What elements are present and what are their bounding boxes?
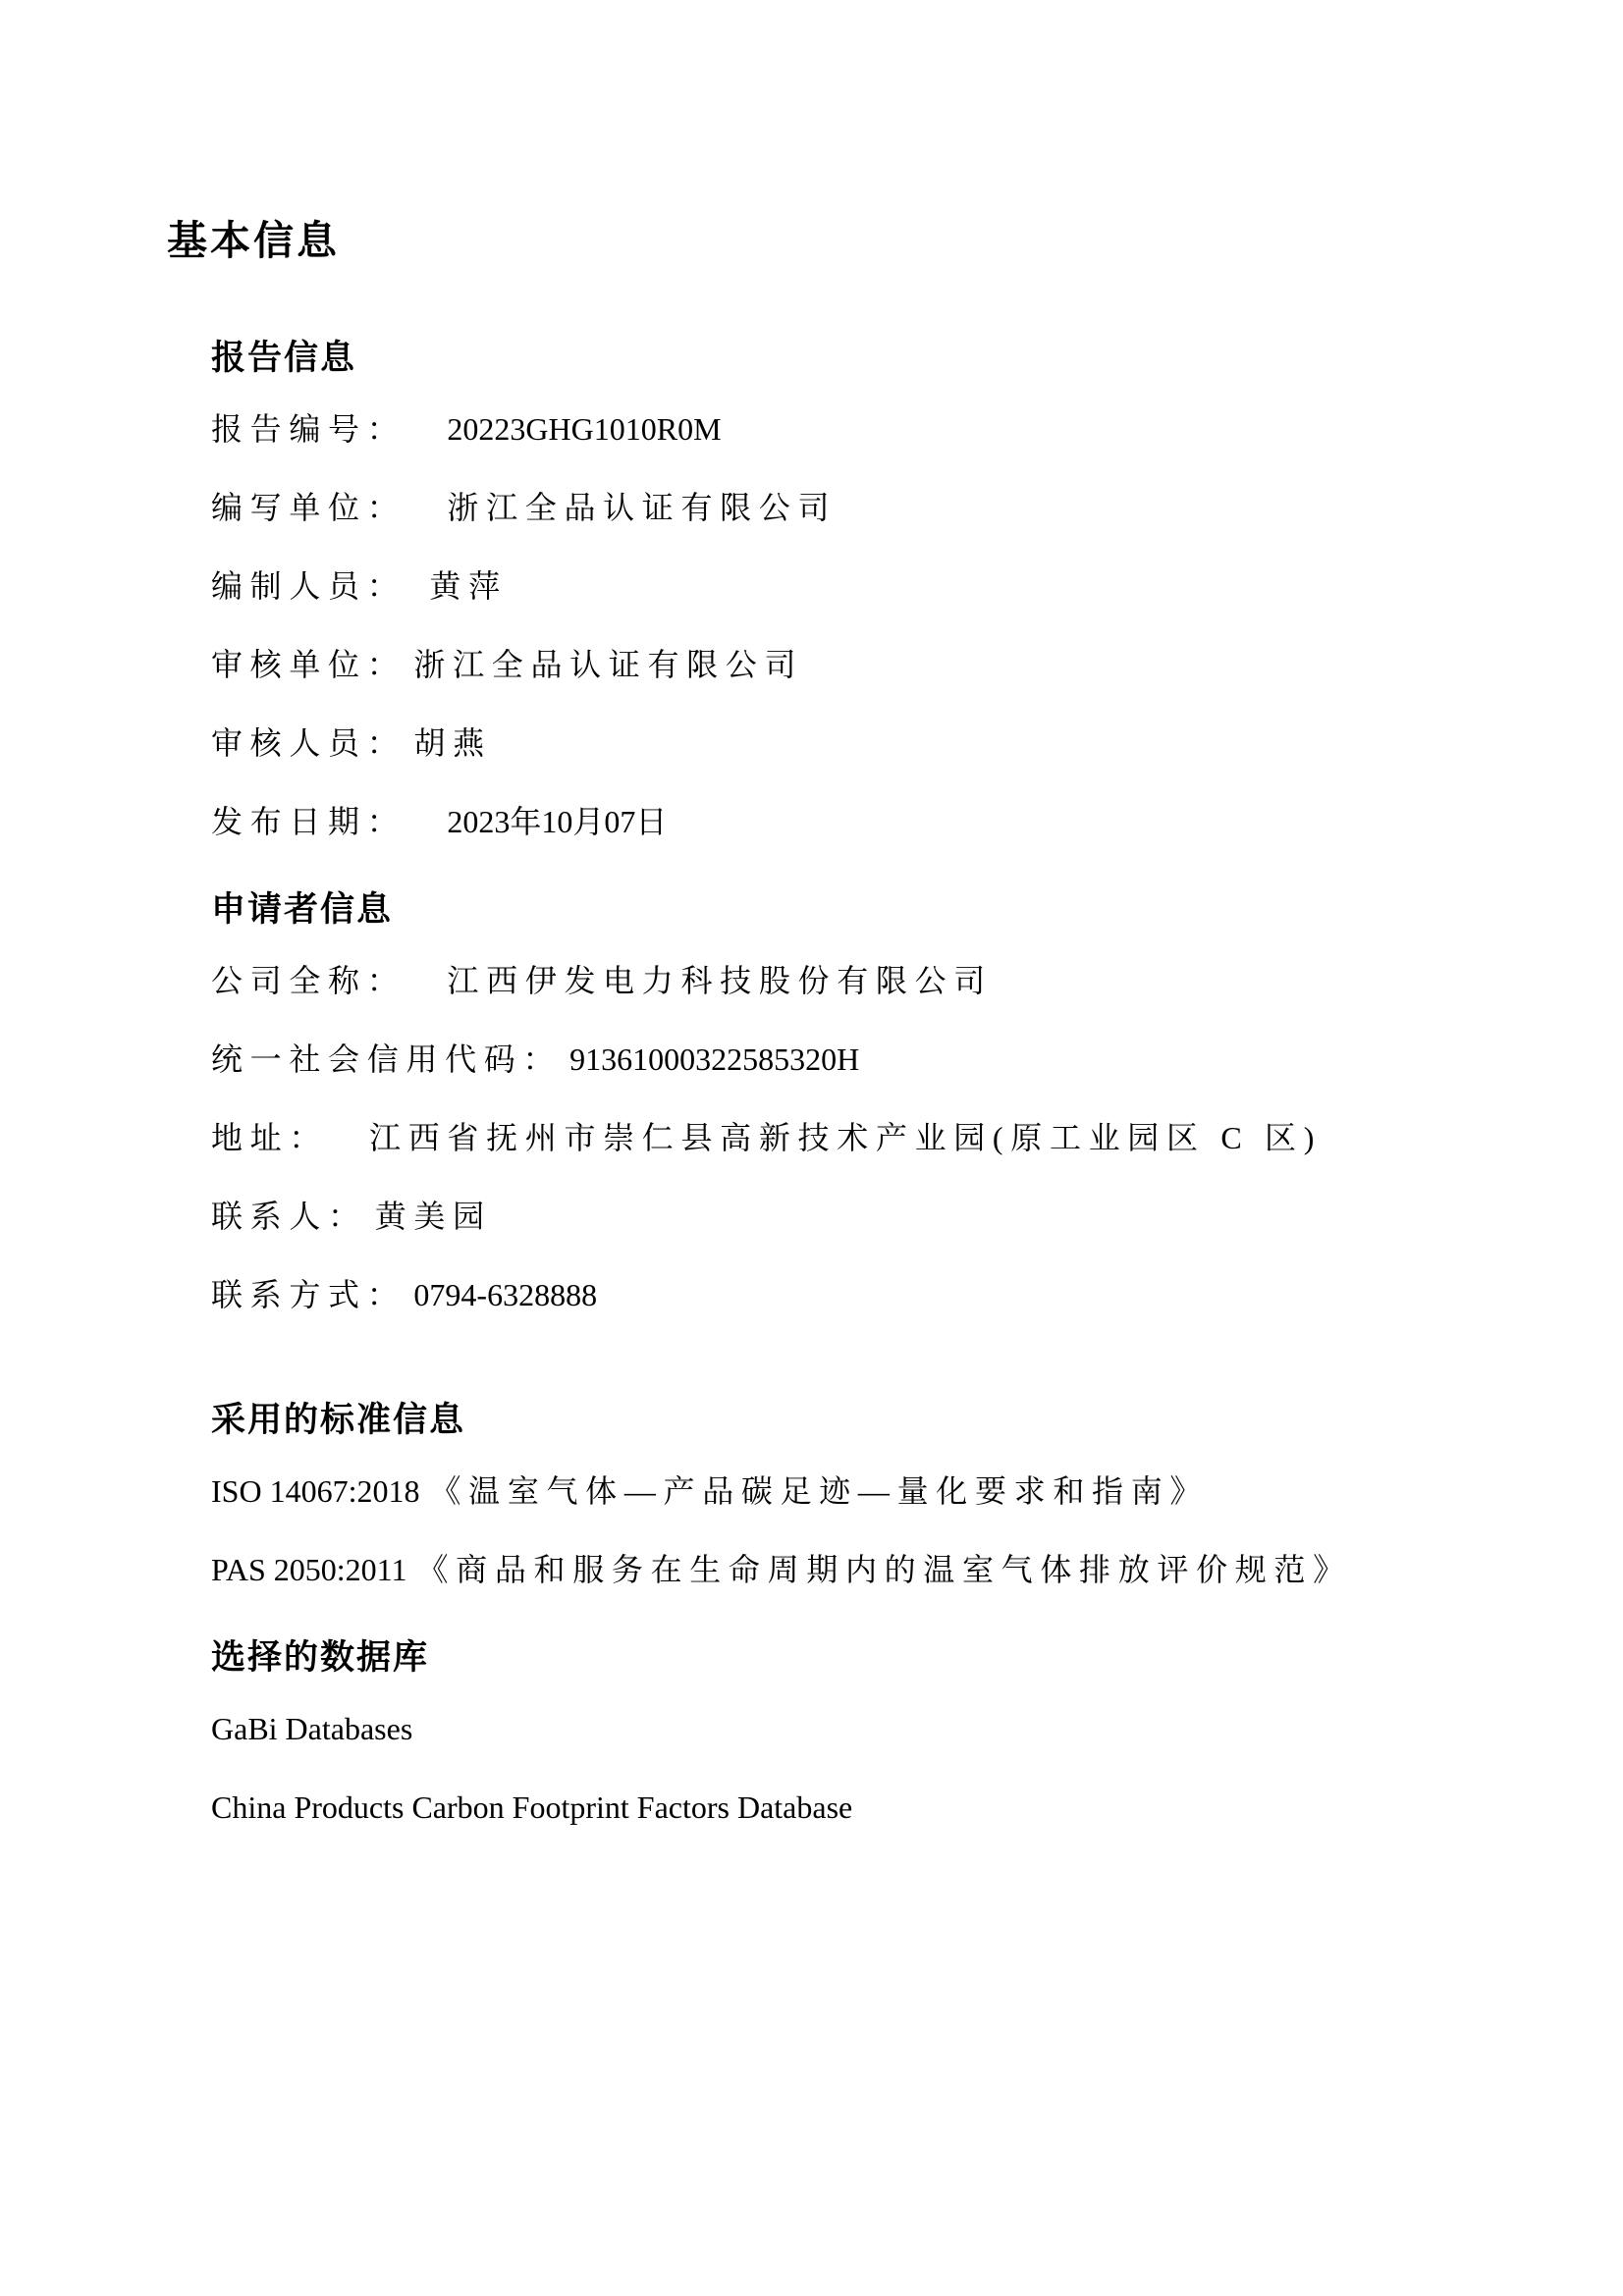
field-value: 浙江全品认证有限公司 xyxy=(447,490,837,525)
section-database-info: 选择的数据库 GaBi Databases China Products Car… xyxy=(211,1630,1505,1827)
field-label: 公司全称： xyxy=(211,963,406,998)
field-label: 报告编号： xyxy=(211,411,406,447)
field-row-contact-phone: 联系方式：0794-6328888 xyxy=(211,1275,1505,1314)
field-value: 胡燕 xyxy=(413,725,491,761)
section-applicant-info: 申请者信息 公司全称：江西伊发电力科技股份有限公司 统一社会信用代码：91361… xyxy=(211,882,1505,1314)
field-label: 联系人： xyxy=(211,1199,367,1234)
field-row-address: 地址：江西省抚州市崇仁县高新技术产业园(原工业园区 C 区) xyxy=(211,1118,1505,1157)
field-row-publish-date: 发布日期：2023年10月07日 xyxy=(211,802,1505,841)
field-row-credit-code: 统一社会信用代码：91361000322585320H xyxy=(211,1040,1505,1079)
field-value: 20223GHG1010R0M xyxy=(447,411,721,447)
page-title: 基本信息 xyxy=(167,208,1505,266)
field-value: 江西伊发电力科技股份有限公司 xyxy=(447,963,993,998)
field-label: 编制人员： xyxy=(211,568,406,604)
standard-code: ISO 14067:2018 xyxy=(211,1473,419,1509)
field-row-company-name: 公司全称：江西伊发电力科技股份有限公司 xyxy=(211,961,1505,1000)
field-value: 2023年10月07日 xyxy=(447,804,667,839)
field-row-contact-person: 联系人：黄美园 xyxy=(211,1197,1505,1236)
field-label: 审核人员： xyxy=(211,725,406,761)
field-row-review-org: 审核单位：浙江全品认证有限公司 xyxy=(211,645,1505,684)
document-page: 基本信息 报告信息 报告编号：20223GHG1010R0M 编写单位：浙江全品… xyxy=(0,0,1623,2296)
field-row-author: 编制人员：黄萍 xyxy=(211,566,1505,606)
field-value: 浙江全品认证有限公司 xyxy=(413,647,803,682)
field-value: 0794-6328888 xyxy=(413,1277,597,1312)
standard-title: 《温室气体—产品碳足迹—量化要求和指南》 xyxy=(429,1473,1209,1509)
field-row-report-number: 报告编号：20223GHG1010R0M xyxy=(211,409,1505,449)
database-info-heading: 选择的数据库 xyxy=(211,1630,1505,1680)
field-value: 江西省抚州市崇仁县高新技术产业园(原工业园区 C 区) xyxy=(369,1120,1322,1155)
standard-line-iso: ISO 14067:2018《温室气体—产品碳足迹—量化要求和指南》 xyxy=(211,1471,1505,1511)
section-report-info: 报告信息 报告编号：20223GHG1010R0M 编写单位：浙江全品认证有限公… xyxy=(211,331,1505,841)
field-value: 黄美园 xyxy=(375,1199,492,1234)
field-value: 91361000322585320H xyxy=(569,1041,859,1077)
standards-info-heading: 采用的标准信息 xyxy=(211,1393,1505,1442)
field-row-author-org: 编写单位：浙江全品认证有限公司 xyxy=(211,488,1505,527)
field-label: 联系方式： xyxy=(211,1277,406,1312)
database-line-china-pcf: China Products Carbon Footprint Factors … xyxy=(211,1788,1505,1827)
field-value: 黄萍 xyxy=(429,568,507,604)
field-label: 审核单位： xyxy=(211,647,406,682)
standard-title: 《商品和服务在生命周期内的温室气体排放评价规范》 xyxy=(416,1552,1351,1587)
section-standards-info: 采用的标准信息 ISO 14067:2018《温室气体—产品碳足迹—量化要求和指… xyxy=(211,1393,1505,1589)
applicant-info-heading: 申请者信息 xyxy=(211,882,1505,932)
field-row-reviewer: 审核人员：胡燕 xyxy=(211,723,1505,763)
report-info-heading: 报告信息 xyxy=(211,331,1505,380)
field-label: 统一社会信用代码： xyxy=(211,1041,562,1077)
standard-code: PAS 2050:2011 xyxy=(211,1552,406,1587)
field-label: 发布日期： xyxy=(211,804,406,839)
field-label: 编写单位： xyxy=(211,490,406,525)
database-line-gabi: GaBi Databases xyxy=(211,1709,1505,1748)
standard-line-pas: PAS 2050:2011《商品和服务在生命周期内的温室气体排放评价规范》 xyxy=(211,1550,1505,1589)
field-label: 地址： xyxy=(211,1120,328,1155)
